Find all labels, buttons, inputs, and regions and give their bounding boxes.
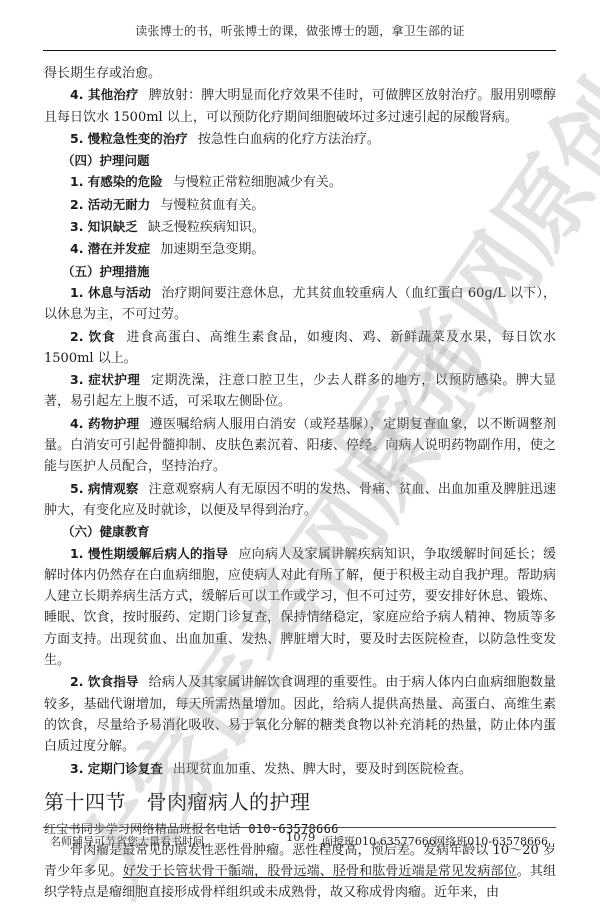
item-text: 出现贫血加重、发热、脾大时，要及时到医院检查。 [173,762,472,777]
header-divider [43,50,556,51]
list-item: 4. 药物护理遵医嘱给病人服用白消安（或羟基脲），定期复查血象，以不断调整剂量。… [44,413,556,478]
page-number: 1079 [286,830,315,844]
item-label: 1. 慢性期缓解后病人的指导 [70,546,228,561]
item-label: 2. 活动无耐力 [70,197,150,212]
underlined-key-point: 好发于长管状骨干骺端，股骨远端、胫骨和肱骨近端是常见发病部位 [123,864,517,879]
item-label: 3. 定期门诊复查 [70,761,163,776]
item-text: 应向病人及家属讲解疾病知识，争取缓解时间延长；缓解时体内仍然存在白血病细胞，应使… [44,547,556,668]
section-title: 第十四节 骨肉瘤病人的护理 [44,788,556,816]
item-label: 3. 知识缺乏 [70,219,138,234]
item-label: 4. 潜在并发症 [70,241,150,256]
list-item: 1. 有感染的危险与慢粒正常粒细胞减少有关。 [44,171,556,193]
item-label: 3. 症状护理 [70,372,140,387]
list-item: 2. 饮食进食高蛋白、高维生素食品，如瘦肉、鸡、新鲜蔬菜及水果，每日饮水 150… [44,326,556,370]
section-heading-nursing-problems: （四）护理问题 [44,150,556,171]
item-text: 缺乏慢粒疾病知识。 [148,220,265,235]
item-label: 2. 饮食 [70,329,115,344]
item-label: 4. 药物护理 [70,416,139,431]
list-item: 1. 休息与活动治疗期间要注意休息，尤其贫血较重病人（血红蛋白 60g/L 以下… [44,282,556,326]
footer-slogan: 名师辅导可节省您大量看书时间 [50,833,204,849]
list-item: 5. 病情观察注意观察病人有无原因不明的发热、骨痛、贫血、出血加重及脾脏迅速肿大… [44,478,556,522]
item-label: 4. 其他治疗 [70,87,139,102]
list-item: 1. 慢性期缓解后病人的指导应向病人及家属讲解疾病知识，争取缓解时间延长；缓解时… [44,543,556,672]
list-item: 3. 症状护理定期洗澡，注意口腔卫生，少去人群多的地方，以预防感染。脾大显著，易… [44,369,556,413]
list-item: 4. 潜在并发症加速期至急变期。 [44,238,556,260]
page-footer: 名师辅导可节省您大量看书时间 1079 面授班010-63577666 网络班0… [44,832,556,848]
item-label: 5. 慢粒急性变的治疗 [70,131,188,146]
list-item: 3. 知识缺乏缺乏慢粒疾病知识。 [44,216,556,238]
item-text: 与慢粒贫血有关。 [160,198,264,213]
running-header: 读张博士的书，听张博士的课，做张博士的题，拿卫生部的证 [0,22,600,39]
section-heading-health-education: （六）健康教育 [44,521,556,542]
page-body: 得长期生存或治愈。 4. 其他治疗脾放射：脾大明显而化疗效果不佳时，可做脾区放射… [44,63,556,904]
footer-divider [43,827,556,828]
item-text: 进食高蛋白、高维生素食品，如瘦肉、鸡、新鲜蔬菜及水果，每日饮水 1500ml 以… [44,330,556,366]
section-heading-nursing-measures: （五）护理措施 [44,261,556,282]
list-item: 2. 活动无耐力与慢粒贫血有关。 [44,194,556,216]
document-page: 读张博士的书，听张博士的课，做张博士的题，拿卫生部的证 得长期生存或治愈。 4.… [0,0,600,912]
footer-online-class-phone: 网络班010-63578666 [434,833,548,849]
paragraph-other-treatment: 4. 其他治疗脾放射：脾大明显而化疗效果不佳时，可做脾区放射治疗。服用别嘌醇且每… [44,84,556,128]
item-label: 2. 饮食指导 [70,674,139,689]
osteosarcoma-intro: 骨肉瘤是最常见的原发性恶性骨肿瘤。恶性程度高，预后差。发病年龄以 10～20 岁… [44,840,556,904]
item-label: 5. 病情观察 [70,481,139,496]
item-text: 与慢粒正常粒细胞减少有关。 [173,175,342,190]
item-label: 1. 有感染的危险 [70,174,163,189]
list-item: 3. 定期门诊复查出现贫血加重、发热、脾大时，要及时到医院检查。 [44,758,556,780]
paragraph-blast-crisis-treatment: 5. 慢粒急性变的治疗按急性白血病的化疗方法治疗。 [44,128,556,150]
list-item: 2. 饮食指导给病人及其家属讲解饮食调理的重要性。由于病人体内白血病细胞数量较多… [44,671,556,757]
item-label: 1. 休息与活动 [70,285,151,300]
item-text: 按急性白血病的化疗方法治疗。 [198,132,380,147]
continued-text: 得长期生存或治愈。 [44,63,556,84]
footer-face-class-phone: 面授班010-63577666 [322,833,436,849]
item-text: 加速期至急变期。 [160,242,264,257]
